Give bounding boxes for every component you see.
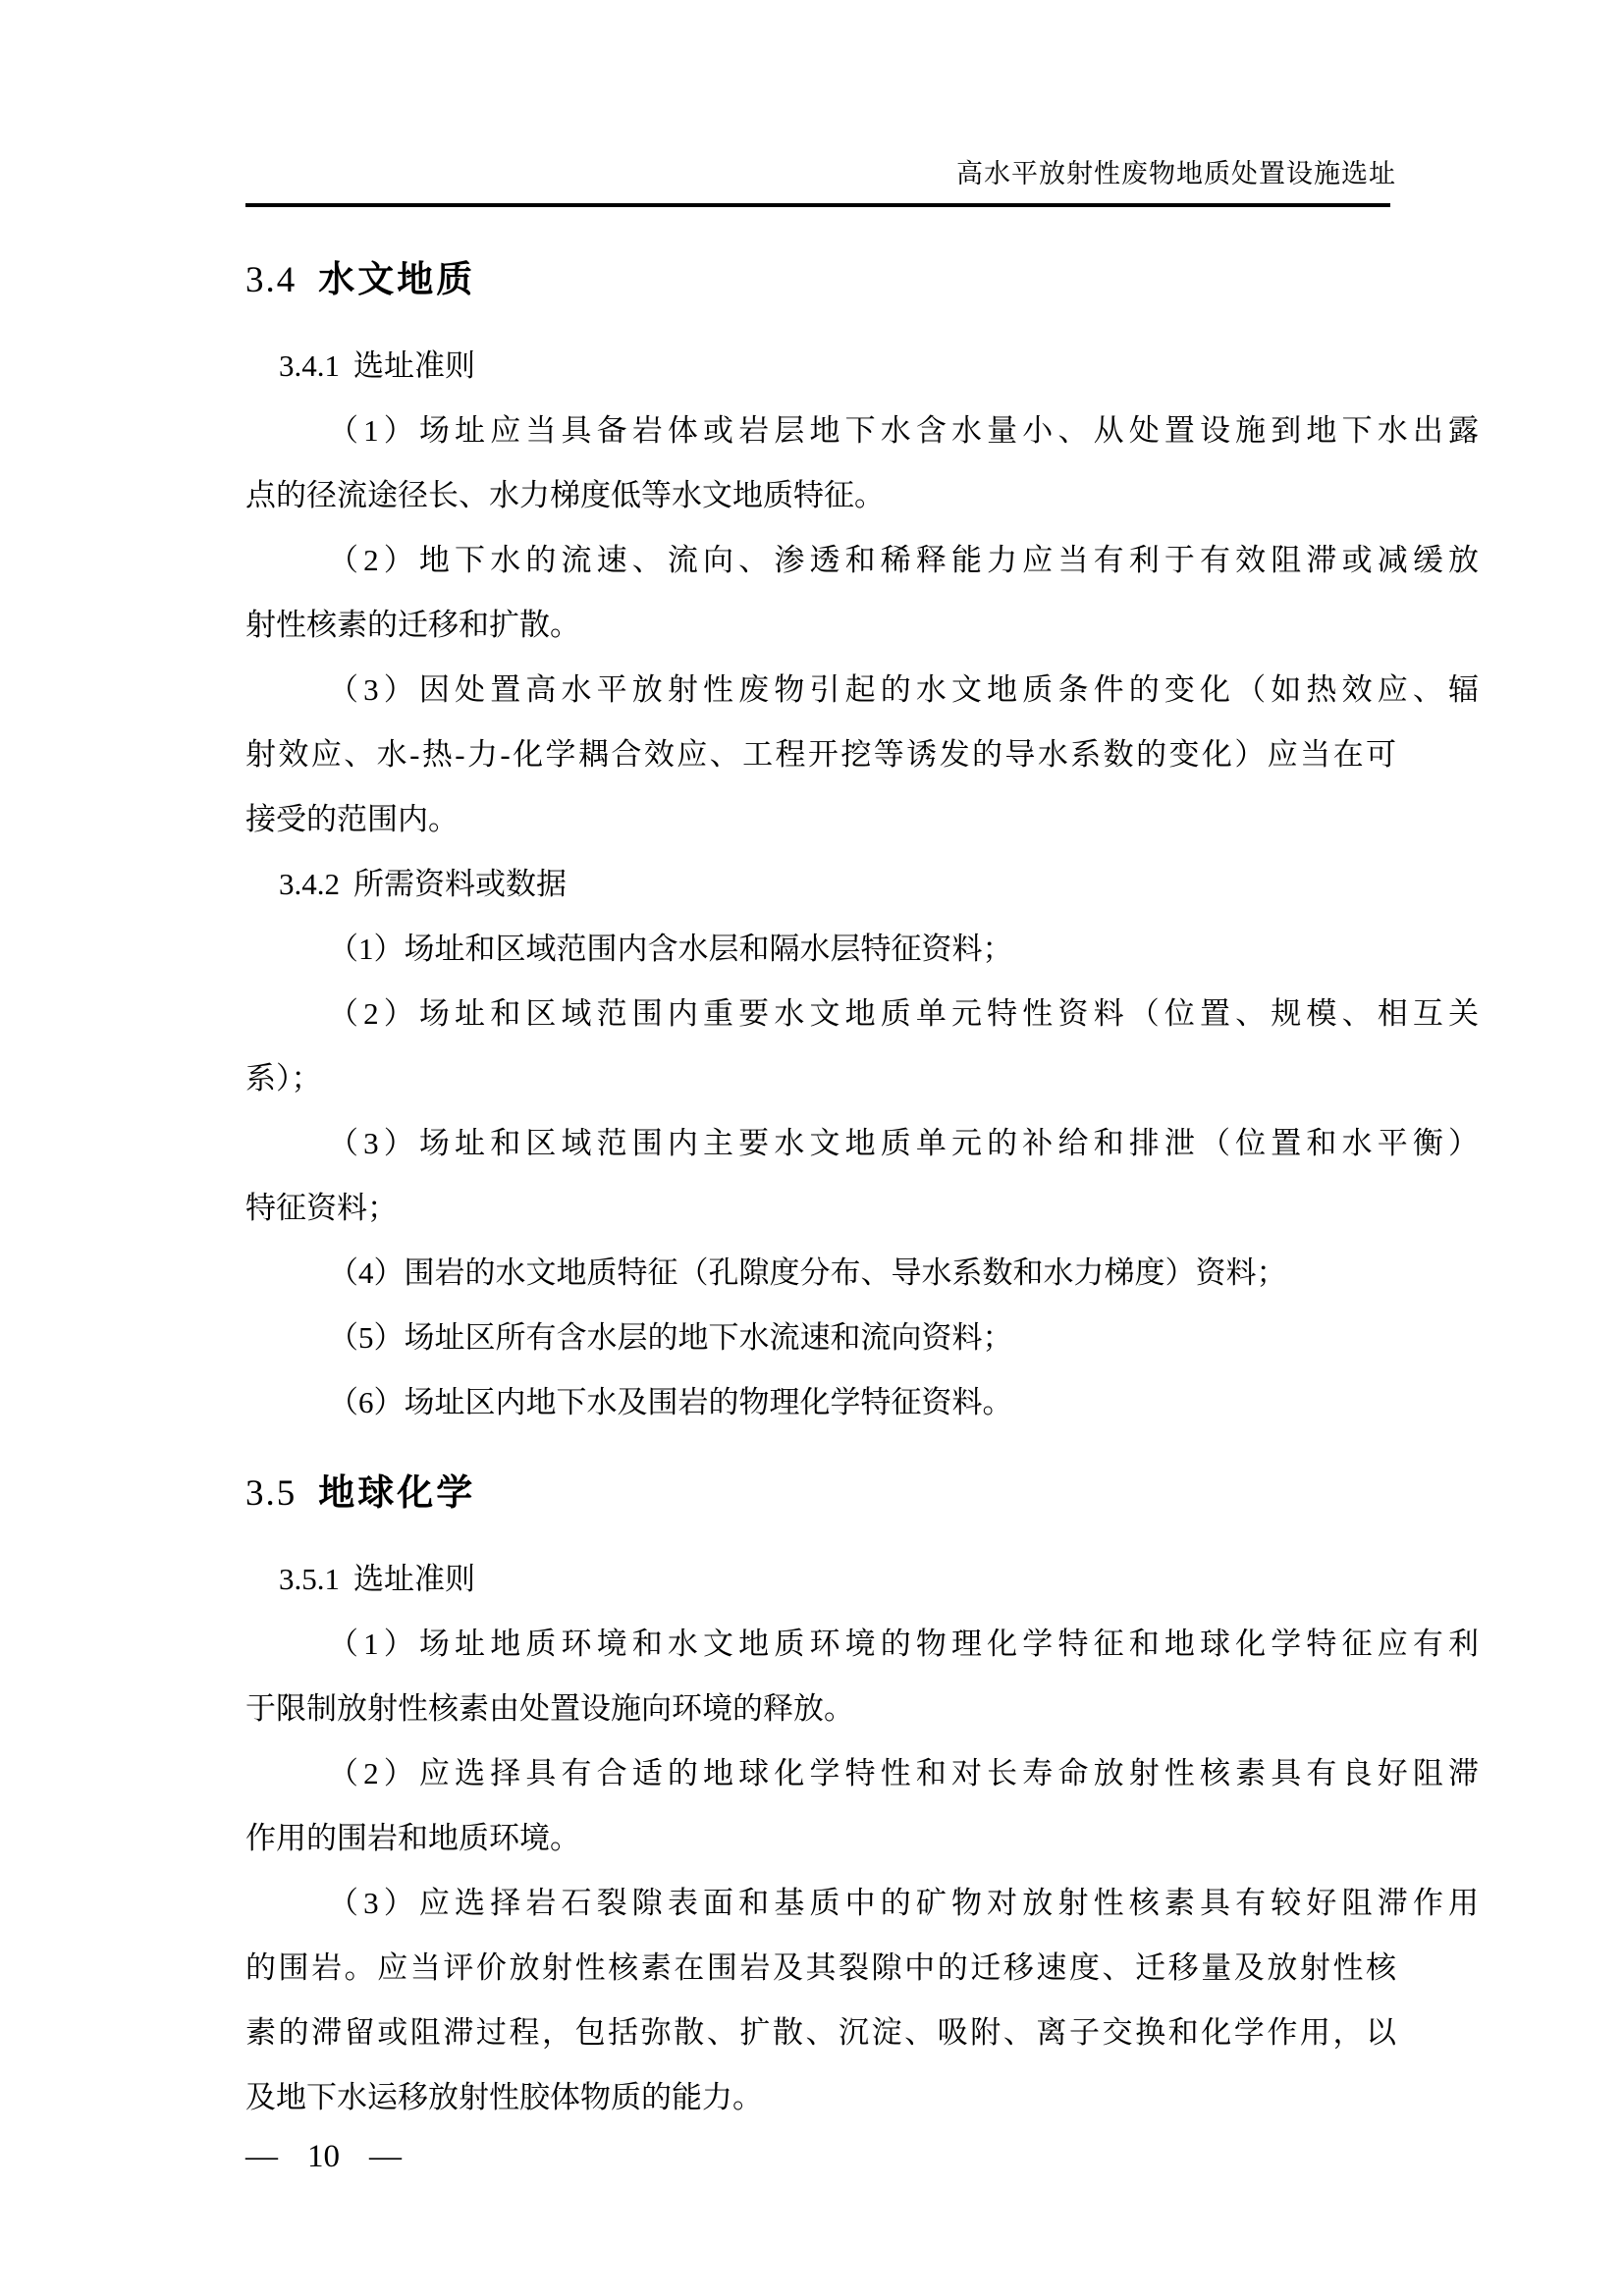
paragraph-line: 点的径流途径长、水力梯度低等水文地质特征。 — [245, 463, 1396, 528]
paragraph-line: 射性核素的迁移和扩散。 — [245, 593, 1396, 658]
paragraph: （3）应选择岩石裂隙表面和基质中的矿物对放射性核素具有较好阻滞作用 的围岩。应当… — [245, 1871, 1396, 2130]
paragraph-line: 素的滞留或阻滞过程，包括弥散、扩散、沉淀、吸附、离子交换和化学作用，以 — [245, 2001, 1396, 2065]
paragraph-line: 及地下水运移放射性胶体物质的能力。 — [245, 2065, 1396, 2130]
paragraph-line: 于限制放射性核素由处置设施向环境的释放。 — [245, 1677, 1396, 1741]
subsection-title: 所需资料或数据 — [353, 867, 567, 901]
section-heading-3-4: 3.4水文地质 — [245, 257, 1396, 304]
paragraph-line: （6）场址区内地下水及围岩的物理化学特征资料。 — [245, 1370, 1479, 1435]
list-item: （5）场址区所有含水层的地下水流速和流向资料； — [245, 1306, 1396, 1370]
paragraph-line: （3）场址和区域范围内主要水文地质单元的补给和排泄（位置和水平衡） — [245, 1111, 1479, 1176]
footer-dash-left: — — [245, 2136, 278, 2177]
subsection-heading-3-4-1: 3.4.1选址准则 — [279, 334, 1396, 399]
list-item: （4）围岩的水文地质特征（孔隙度分布、导水系数和水力梯度）资料； — [245, 1241, 1396, 1306]
paragraph: （1）场址地质环境和水文地质环境的物理化学特征和地球化学特征应有利 于限制放射性… — [245, 1612, 1396, 1741]
section-title: 地球化学 — [318, 1473, 475, 1514]
section-number: 3.4 — [245, 260, 297, 300]
list-item: （1）场址和区域范围内含水层和隔水层特征资料； — [245, 917, 1396, 982]
paragraph-line: （2）场址和区域范围内重要水文地质单元特性资料（位置、规模、相互关 — [245, 982, 1479, 1046]
page-header: 高水平放射性废物地质处置设施选址 — [245, 157, 1396, 190]
header-rule — [245, 203, 1390, 207]
paragraph: （1）场址应当具备岩体或岩层地下水含水量小、从处置设施到地下水出露 点的径流途径… — [245, 399, 1396, 528]
page-body: 3.4水文地质 3.4.1选址准则 （1）场址应当具备岩体或岩层地下水含水量小、… — [245, 257, 1396, 2130]
paragraph-line: （1）场址应当具备岩体或岩层地下水含水量小、从处置设施到地下水出露 — [245, 399, 1479, 463]
paragraph-line: （5）场址区所有含水层的地下水流速和流向资料； — [245, 1306, 1479, 1370]
subsection-number: 3.4.1 — [279, 348, 340, 383]
paragraph: （2）应选择具有合适的地球化学特性和对长寿命放射性核素具有良好阻滞 作用的围岩和… — [245, 1741, 1396, 1871]
section-title: 水文地质 — [318, 260, 475, 300]
document-page: 高水平放射性废物地质处置设施选址 3.4水文地质 3.4.1选址准则 （1）场址… — [0, 0, 1624, 2296]
subsection-title: 选址准则 — [353, 1562, 475, 1596]
paragraph-line: （2）地下水的流速、流向、渗透和稀释能力应当有利于有效阻滞或减缓放 — [245, 528, 1479, 593]
paragraph-line: 系）； — [245, 1046, 1396, 1111]
paragraph-line: 的围岩。应当评价放射性核素在围岩及其裂隙中的迁移速度、迁移量及放射性核 — [245, 1936, 1396, 2001]
page-number: 10 — [307, 2136, 340, 2177]
paragraph: （2）地下水的流速、流向、渗透和稀释能力应当有利于有效阻滞或减缓放 射性核素的迁… — [245, 528, 1396, 658]
paragraph: （3）因处置高水平放射性废物引起的水文地质条件的变化（如热效应、辐 射效应、水-… — [245, 658, 1396, 852]
subsection-heading-3-5-1: 3.5.1选址准则 — [279, 1547, 1396, 1612]
list-item: （6）场址区内地下水及围岩的物理化学特征资料。 — [245, 1370, 1396, 1435]
paragraph-line: （3）应选择岩石裂隙表面和基质中的矿物对放射性核素具有较好阻滞作用 — [245, 1871, 1479, 1936]
paragraph-line: （1）场址地质环境和水文地质环境的物理化学特征和地球化学特征应有利 — [245, 1612, 1479, 1677]
paragraph-line: （1）场址和区域范围内含水层和隔水层特征资料； — [245, 917, 1479, 982]
subsection-number: 3.5.1 — [279, 1562, 340, 1596]
paragraph-line: 特征资料； — [245, 1176, 1396, 1241]
paragraph-line: （4）围岩的水文地质特征（孔隙度分布、导水系数和水力梯度）资料； — [245, 1241, 1479, 1306]
running-title: 高水平放射性废物地质处置设施选址 — [956, 159, 1396, 188]
paragraph-line: 接受的范围内。 — [245, 787, 1396, 852]
paragraph-line: （3）因处置高水平放射性废物引起的水文地质条件的变化（如热效应、辐 — [245, 658, 1479, 722]
list-item: （2）场址和区域范围内重要水文地质单元特性资料（位置、规模、相互关 系）； — [245, 982, 1396, 1111]
paragraph-line: 作用的围岩和地质环境。 — [245, 1806, 1396, 1871]
subsection-heading-3-4-2: 3.4.2所需资料或数据 — [279, 852, 1396, 917]
list-item: （3）场址和区域范围内主要水文地质单元的补给和排泄（位置和水平衡） 特征资料； — [245, 1111, 1396, 1241]
footer-dash-right: — — [369, 2136, 402, 2177]
section-number: 3.5 — [245, 1473, 297, 1514]
page-footer: — 10 — — [245, 2136, 402, 2177]
section-heading-3-5: 3.5地球化学 — [245, 1470, 1396, 1518]
paragraph-line: 射效应、水-热-力-化学耦合效应、工程开挖等诱发的导水系数的变化）应当在可 — [245, 722, 1396, 787]
subsection-number: 3.4.2 — [279, 867, 340, 901]
paragraph-line: （2）应选择具有合适的地球化学特性和对长寿命放射性核素具有良好阻滞 — [245, 1741, 1479, 1806]
subsection-title: 选址准则 — [353, 348, 475, 383]
